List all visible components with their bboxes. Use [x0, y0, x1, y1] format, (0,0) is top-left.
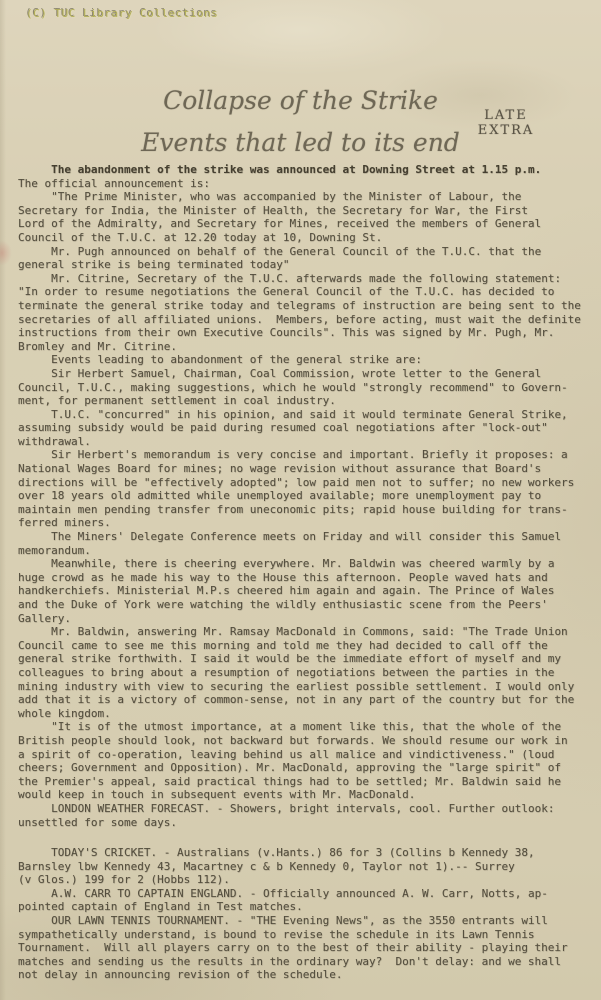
paragraph: The abandonment of the strike was announ…: [18, 163, 593, 177]
paragraph: OUR LAWN TENNIS TOURNAMENT. - "THE Eveni…: [18, 914, 593, 982]
news-section: The abandonment of the strike was announ…: [18, 163, 593, 829]
paragraph: Mr. Pugh announced on behalf of the Gene…: [18, 245, 593, 272]
paragraph: T.U.C. "concurred" in his opinion, and s…: [18, 408, 593, 449]
paragraph: "It is of the utmost importance, at a mo…: [18, 720, 593, 802]
paragraph: Events leading to abandonment of the gen…: [18, 353, 593, 367]
paragraph: TODAY'S CRICKET. - Australians (v.Hants.…: [18, 846, 593, 887]
paragraph: Meanwhile, there is cheering everywhere.…: [18, 557, 593, 625]
article-body: The abandonment of the strike was announ…: [18, 163, 593, 982]
paragraph: "The Prime Minister, who was accompanied…: [18, 190, 593, 244]
paragraph: Mr. Baldwin, answering Mr. Ramsay MacDon…: [18, 625, 593, 720]
paragraph: A.W. CARR TO CAPTAIN ENGLAND. - Official…: [18, 887, 593, 914]
sports-section: TODAY'S CRICKET. - Australians (v.Hants.…: [18, 846, 593, 982]
library-watermark: (C) TUC Library Collections: [26, 7, 218, 20]
paragraph: Sir Herbert's memorandum is very concise…: [18, 448, 593, 530]
paragraph: LONDON WEATHER FORECAST. - Showers, brig…: [18, 802, 593, 829]
paragraph: Sir Herbert Samuel, Chairman, Coal Commi…: [18, 367, 593, 408]
page-subtitle: Events that led to its end: [0, 128, 601, 157]
paragraph: Mr. Citrine, Secretary of the T.U.C. aft…: [18, 272, 593, 354]
paragraph: The official announcement is:: [18, 177, 593, 191]
paragraph: The Miners' Delegate Conference meets on…: [18, 530, 593, 557]
